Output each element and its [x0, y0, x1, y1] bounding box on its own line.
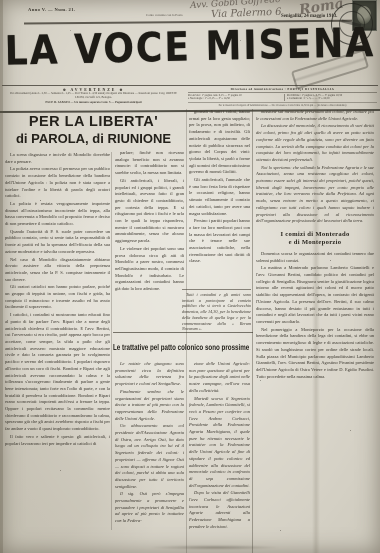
- paragraph: zione delle Unioni Agricole: non pare qu…: [189, 361, 250, 395]
- paragraph: Un abboccamento avuto col presidente del…: [115, 423, 184, 490]
- article1-headline-line1: PER LA LIBERTA': [2, 114, 185, 131]
- rates-title: Direzione ed Amministrazione : PORTICI D…: [188, 87, 377, 93]
- paragraph: Le notizie che giungono sono promettenti…: [115, 361, 184, 388]
- article2-column-b: zione delle Unioni Agricole: non pare qu…: [189, 361, 250, 552]
- column-rule: [111, 152, 112, 530]
- rates-box: Direzione ed Amministrazione : PORTICI D…: [188, 87, 377, 109]
- article1-column3: giornali di tutti i colori, hanno ormai …: [189, 109, 250, 287]
- paragraph: parlare; finché non ricevano analogo ben…: [115, 150, 184, 177]
- paragraph: La polizia aveva concesso il permesso pe…: [5, 166, 110, 200]
- paragraph: Nel caso di Mondolfo disgraziatamente ab…: [5, 257, 110, 284]
- column-rule: [252, 109, 253, 553]
- newspaper-page: Anno V. — Num. 21. Conto corrente con la…: [0, 0, 380, 553]
- article1-headline: PER LA LIBERTA' di PAROLA, di RIUNIONE: [2, 114, 185, 146]
- ink-smudge: [150, 545, 280, 550]
- paragraph: Gli anticlericali, i liberali, i popolar…: [115, 178, 184, 245]
- paragraph: Le violenze dei popolari sono una prova …: [115, 246, 184, 293]
- paragraph: Quando l'autorità di P. S. suole poter c…: [5, 229, 110, 256]
- dateline: Senigallia, 24 maggio 1913.: [281, 14, 337, 19]
- paragraph: La polizia è restata vergognosamente imp…: [5, 201, 110, 228]
- rates-table: Per Avvisi : 1ª pagina cent. 0,15 — 3ª p…: [188, 94, 377, 102]
- issue-number: Anno V. — Num. 21.: [28, 7, 76, 12]
- paragraph: Finalmente sembra che le organizzazioni …: [115, 389, 184, 423]
- article1-column1: La scena disgustosa e incivile di Mondol…: [5, 152, 110, 512]
- postal-note: Conto corrente con la Posta: [146, 13, 182, 17]
- paragraph: Gli anticlericali, l'annuale che è una l…: [189, 177, 250, 217]
- handwritten-address: Via Palermo 6: [211, 7, 282, 20]
- avvertenze-box: ⊕ AVVERTENZE ⊕ Per abbonamenti (Anno L. …: [3, 87, 184, 110]
- paragraph: Dopo la visita del Giannitelli l'avv. Co…: [189, 490, 250, 530]
- paper-fold-line: [312, 95, 320, 553]
- comizio-notice-box: Tutti i contadini e gli amici sono invit…: [182, 289, 251, 334]
- article2-headline-text: Le trattative pel patto colonico sono pr…: [113, 343, 249, 352]
- rates-cell: e Necrologie : 1ª » 0,15 — 3ª » 14,50: [188, 97, 281, 101]
- avvertenze-line2: ESCE IL SABATO — Un numero separato Cent…: [3, 101, 184, 105]
- article1-headline-line2: di PAROLA, di RIUNIONE: [2, 131, 185, 146]
- scan-edge-shadow: [0, 0, 3, 553]
- paragraph: La scena disgustosa e incivile di Mondol…: [5, 152, 110, 165]
- rates-footnote: Per le inserzioni rivolgersi all'Amminis…: [188, 102, 377, 107]
- avvertenze-line1: Per abbonamenti (Anno L. 2,50 — Semestre…: [3, 92, 184, 100]
- boxes-top-rule: [2, 85, 378, 86]
- paragraph: Persino i partiti popolari hanno a fare …: [189, 218, 250, 265]
- rates-cell: e Comunicati : 1ª » 5,— — 3ª » 16,50: [284, 97, 377, 101]
- paragraph: giornali di tutti i colori, hanno ormai …: [189, 109, 250, 176]
- paragraph: Il fatto vero e saliente è questo: gli a…: [5, 434, 110, 447]
- notice-body: Tutti i contadini e gli amici sono invit…: [182, 292, 251, 332]
- paragraph: Il sig. Osti però s'impegna personalment…: [115, 491, 184, 525]
- article2-headline: Le trattative pel patto colonico sono pr…: [113, 332, 253, 355]
- article2-column-a: Le notizie che giungono sono promettenti…: [115, 361, 184, 552]
- paper-specks: [0, 0, 1, 1]
- paragraph: Gli oratori cattolici non hanno potuto p…: [5, 284, 110, 311]
- paragraph: Martedì scorso il Segretario federale, L…: [189, 396, 250, 490]
- article1-column2: parlare; finché non ricevano analogo ben…: [115, 150, 184, 330]
- paragraph: I cattolici, i contadini si mostrarono t…: [5, 312, 110, 433]
